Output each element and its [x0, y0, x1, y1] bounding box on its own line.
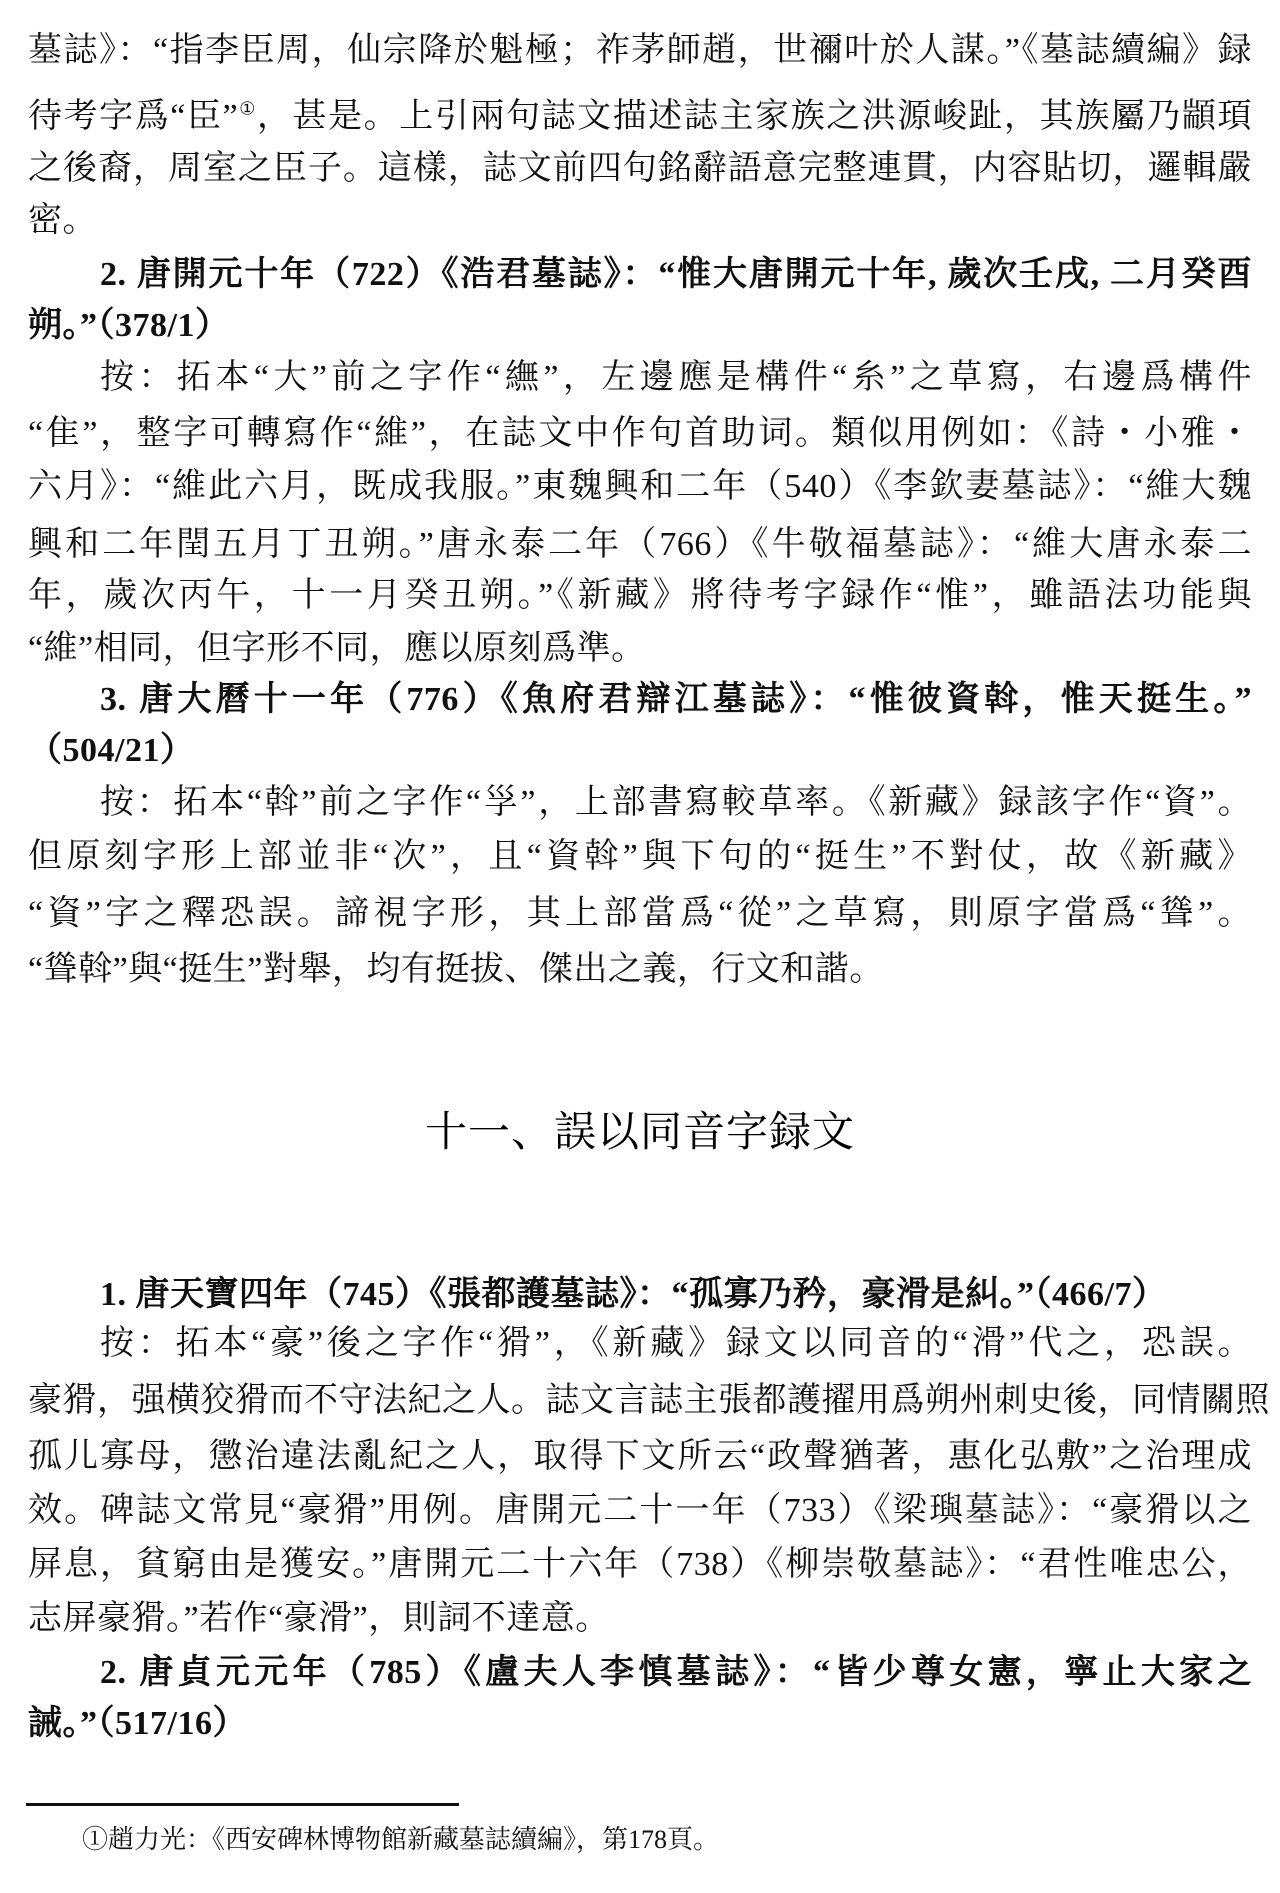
footnote-reference[interactable]: ①	[238, 99, 257, 119]
paragraph-text: 待考字爲“臣”	[28, 98, 238, 135]
paragraph-text: ，甚是。上引兩句誌文描述誌主家族之洪源峻趾，其族屬乃顓頊	[257, 98, 1252, 135]
note-line: 屏息，貧窮由是獲安。”唐開元二十六年（738）《柳崇敬墓誌》：“君性唯忠公，	[28, 1538, 1252, 1592]
note-line: 但原刻字形上部並非“次”，且“資斡”與下句的“挺生”不對仗，故《新藏》	[28, 830, 1252, 884]
note-line: 按：拓本“斡”前之字作“㜽”，上部書寫較草率。《新藏》録該字作“資”。	[100, 776, 1252, 830]
note-line: “維”相同，但字形不同，應以原刻爲準。	[28, 622, 1252, 676]
paragraph-line: 之後裔，周室之臣子。這樣，誌文前四句銘辭語意完整連貫，内容貼切，邏輯嚴	[28, 142, 1252, 196]
note-line: 年，歲次丙午，十一月癸丑朔。”《新藏》將待考字録作“惟”，雖語法功能與	[28, 569, 1252, 623]
entry-heading: 1. 唐天寶四年（745）《張都護墓誌》：“孤寡乃矜，豪滑是糾。”（466/7）	[100, 1268, 1252, 1322]
note-line: “隹”，整字可轉寫作“維”，在誌文中作句首助词。類似用例如：《詩・小雅・	[28, 407, 1252, 461]
footnote: ①趙力光：《西安碑林博物館新藏墓誌續編》，第178頁。	[82, 1822, 719, 1858]
footnote-divider	[26, 1803, 459, 1806]
entry-heading: 3. 唐大曆十一年（776）《魚府君辯江墓誌》：“惟彼資斡，惟天挺生。”	[100, 673, 1252, 727]
note-line: 興和二年閏五月丁丑朔。”唐永泰二年（766）《牛敬福墓誌》：“維大唐永泰二	[28, 518, 1252, 572]
paragraph-line: 墓誌》：“指李臣周，仙宗降於魁極；祚茅師趙，世禰叶於人謀。”《墓誌續編》録	[28, 24, 1252, 78]
note-line: “資”字之釋恐誤。諦視字形，其上部當爲“從”之草寫，則原字當爲“聳”。	[28, 887, 1252, 941]
note-line: “聳斡”與“挺生”對舉，均有挺拔、傑出之義，行文和諧。	[28, 943, 1252, 997]
note-line: 志屏豪猾。”若作“豪滑”，則詞不達意。	[28, 1592, 1252, 1646]
entry-heading: 2. 唐開元十年（722）《浩君墓誌》：“惟大唐開元十年, 歲次壬戌, 二月癸酉	[100, 248, 1252, 302]
entry-heading: （504/21）	[28, 724, 1252, 778]
note-line: 豪猾，强横狡猾而不守法紀之人。誌文言誌主張都護擢用爲朔州刺史後，同情關照	[28, 1374, 1252, 1428]
note-line: 按：拓本“豪”後之字作“猾”，《新藏》録文以同音的“滑”代之，恐誤。	[100, 1317, 1252, 1371]
note-line: 效。碑誌文常見“豪猾”用例。唐開元二十一年（733）《梁璵墓誌》：“豪猾以之	[28, 1484, 1252, 1538]
section-title: 十一、誤以同音字録文	[0, 1105, 1280, 1159]
paragraph-line: 待考字爲“臣”①，甚是。上引兩句誌文描述誌主家族之洪源峻趾，其族屬乃顓頊	[28, 90, 1252, 144]
entry-heading: 2. 唐貞元元年（785）《盧夫人李慎墓誌》：“皆少尊女憲，寧止大家之	[100, 1646, 1252, 1700]
paragraph-line: 密。	[28, 194, 1252, 248]
entry-heading: 誡。”（517/16）	[28, 1697, 1252, 1751]
note-line: 孤儿寡母，懲治違法亂紀之人，取得下文所云“政聲猶著，惠化弘敷”之治理成	[28, 1430, 1252, 1484]
entry-heading: 朔。”（378/1）	[28, 299, 1252, 353]
note-line: 按：拓本“大”前之字作“䌗”，左邊應是構件“糸”之草寫，右邊爲構件	[100, 351, 1252, 405]
note-line: 六月》：“維此六月，既成我服。”東魏興和二年（540）《李欽妻墓誌》：“維大魏	[28, 460, 1252, 514]
